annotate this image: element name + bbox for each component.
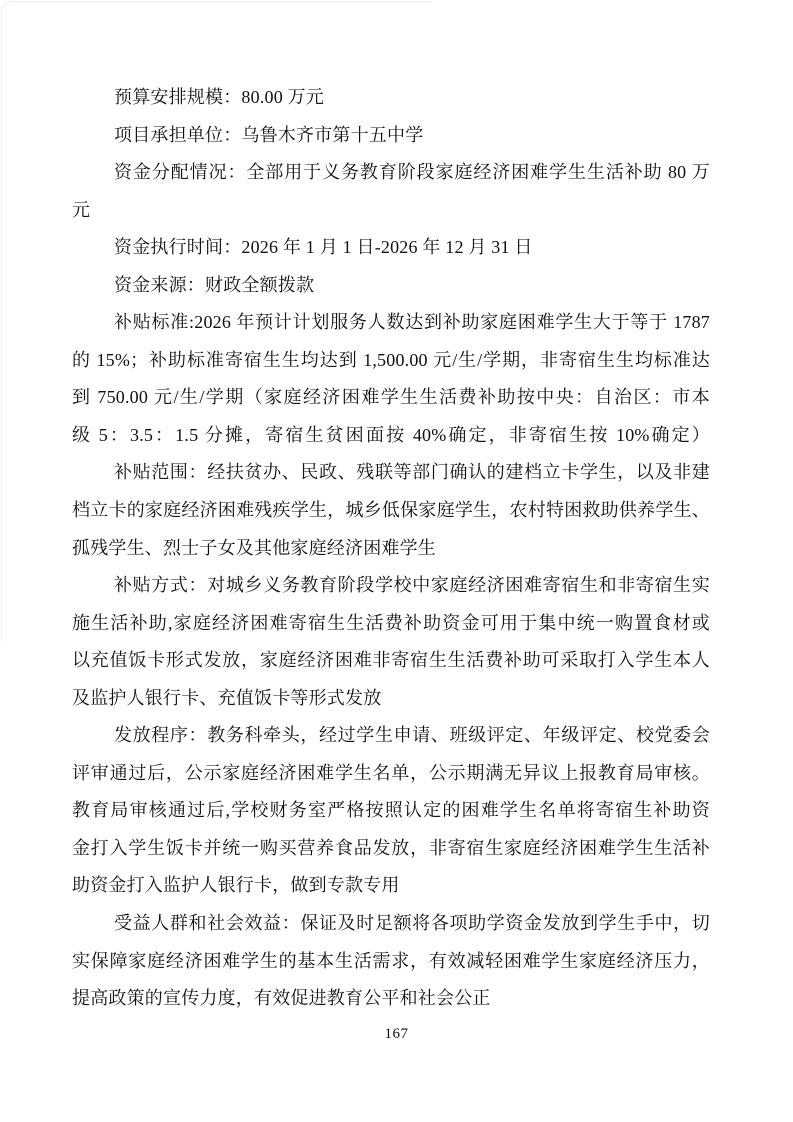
text-line: 及监护人银行卡、充值饭卡等形式发放 — [72, 680, 710, 718]
document-page: 预算安排规模：80.00 万元项目承担单位：乌鲁木齐市第十五中学资金分配情况：全… — [0, 0, 793, 1122]
text-line: 教育局审核通过后,学校财务室严格按照认定的困难学生名单将寄宿生补助资 — [72, 792, 710, 830]
text-line: 评审通过后，公示家庭经济困难学生名单，公示期满无异议上报教育局审核。 — [72, 755, 710, 793]
paragraph: 资金分配情况：全部用于义务教育阶段家庭经济困难学生生活补助 80 万元 — [72, 154, 710, 229]
paragraph: 补贴标准:2026 年预计计划服务人数达到补助家庭困难学生大于等于 1787的 … — [72, 304, 710, 454]
text-line: 发放程序：教务科牵头，经过学生申请、班级评定、年级评定、校党委会 — [72, 717, 710, 755]
text-line: 施生活补助,家庭经济困难寄宿生生活费补助资金可用于集中统一购置食材或 — [72, 605, 710, 643]
text-line: 以充值饭卡形式发放，家庭经济困难非寄宿生生活费补助可采取打入学生本人 — [72, 642, 710, 680]
text-line: 孤残学生、烈士子女及其他家庭经济困难学生 — [72, 530, 710, 568]
paragraph: 资金执行时间：2026 年 1 月 1 日-2026 年 12 月 31 日 — [72, 229, 710, 267]
text-line: 预算安排规模：80.00 万元 — [72, 79, 710, 117]
paragraph: 资金来源：财政全额拨款 — [72, 267, 710, 305]
paragraph: 受益人群和社会效益：保证及时足额将各项助学资金发放到学生手中，切实保障家庭经济困… — [72, 905, 710, 1018]
paragraph: 补贴方式：对城乡义务教育阶段学校中家庭经济困难寄宿生和非寄宿生实施生活补助,家庭… — [72, 567, 710, 717]
document-body: 预算安排规模：80.00 万元项目承担单位：乌鲁木齐市第十五中学资金分配情况：全… — [72, 79, 710, 1018]
paragraph: 项目承担单位：乌鲁木齐市第十五中学 — [72, 117, 710, 155]
text-line: 项目承担单位：乌鲁木齐市第十五中学 — [72, 117, 710, 155]
text-line: 受益人群和社会效益：保证及时足额将各项助学资金发放到学生手中，切 — [72, 905, 710, 943]
text-line: 金打入学生饭卡并统一购买营养食品发放，非寄宿生家庭经济困难学生生活补 — [72, 830, 710, 868]
text-line: 补贴标准:2026 年预计计划服务人数达到补助家庭困难学生大于等于 1787 — [72, 304, 710, 342]
text-line: 档立卡的家庭经济困难残疾学生，城乡低保家庭学生，农村特困救助供养学生、 — [72, 492, 710, 530]
text-line: 的 15%；补助标准寄宿生生均达到 1,500.00 元/生/学期，非寄宿生生均… — [72, 342, 710, 380]
text-line: 补贴范围：经扶贫办、民政、残联等部门确认的建档立卡学生，以及非建 — [72, 454, 710, 492]
paragraph: 发放程序：教务科牵头，经过学生申请、班级评定、年级评定、校党委会评审通过后，公示… — [72, 717, 710, 905]
text-line: 助资金打入监护人银行卡，做到专款专用 — [72, 867, 710, 905]
text-line: 实保障家庭经济困难学生的基本生活需求，有效减轻困难学生家庭经济压力， — [72, 943, 710, 981]
paragraph: 预算安排规模：80.00 万元 — [72, 79, 710, 117]
text-line: 到 750.00 元/生/学期（家庭经济困难学生生活费补助按中央：自治区：市本 — [72, 379, 710, 417]
text-line: 级 5：3.5：1.5 分摊，寄宿生贫困面按 40%确定，非寄宿生按 10%确定… — [72, 417, 710, 455]
paragraph: 补贴范围：经扶贫办、民政、残联等部门确认的建档立卡学生，以及非建档立卡的家庭经济… — [72, 454, 710, 567]
page-footer: 167 — [0, 1025, 793, 1043]
text-line: 资金来源：财政全额拨款 — [72, 267, 710, 305]
text-line: 补贴方式：对城乡义务教育阶段学校中家庭经济困难寄宿生和非寄宿生实 — [72, 567, 710, 605]
text-line: 元 — [72, 192, 710, 230]
text-line: 资金执行时间：2026 年 1 月 1 日-2026 年 12 月 31 日 — [72, 229, 710, 267]
text-line: 资金分配情况：全部用于义务教育阶段家庭经济困难学生生活补助 80 万 — [72, 154, 710, 192]
text-line: 提高政策的宣传力度，有效促进教育公平和社会公正 — [72, 980, 710, 1018]
page-number: 167 — [385, 1026, 409, 1042]
